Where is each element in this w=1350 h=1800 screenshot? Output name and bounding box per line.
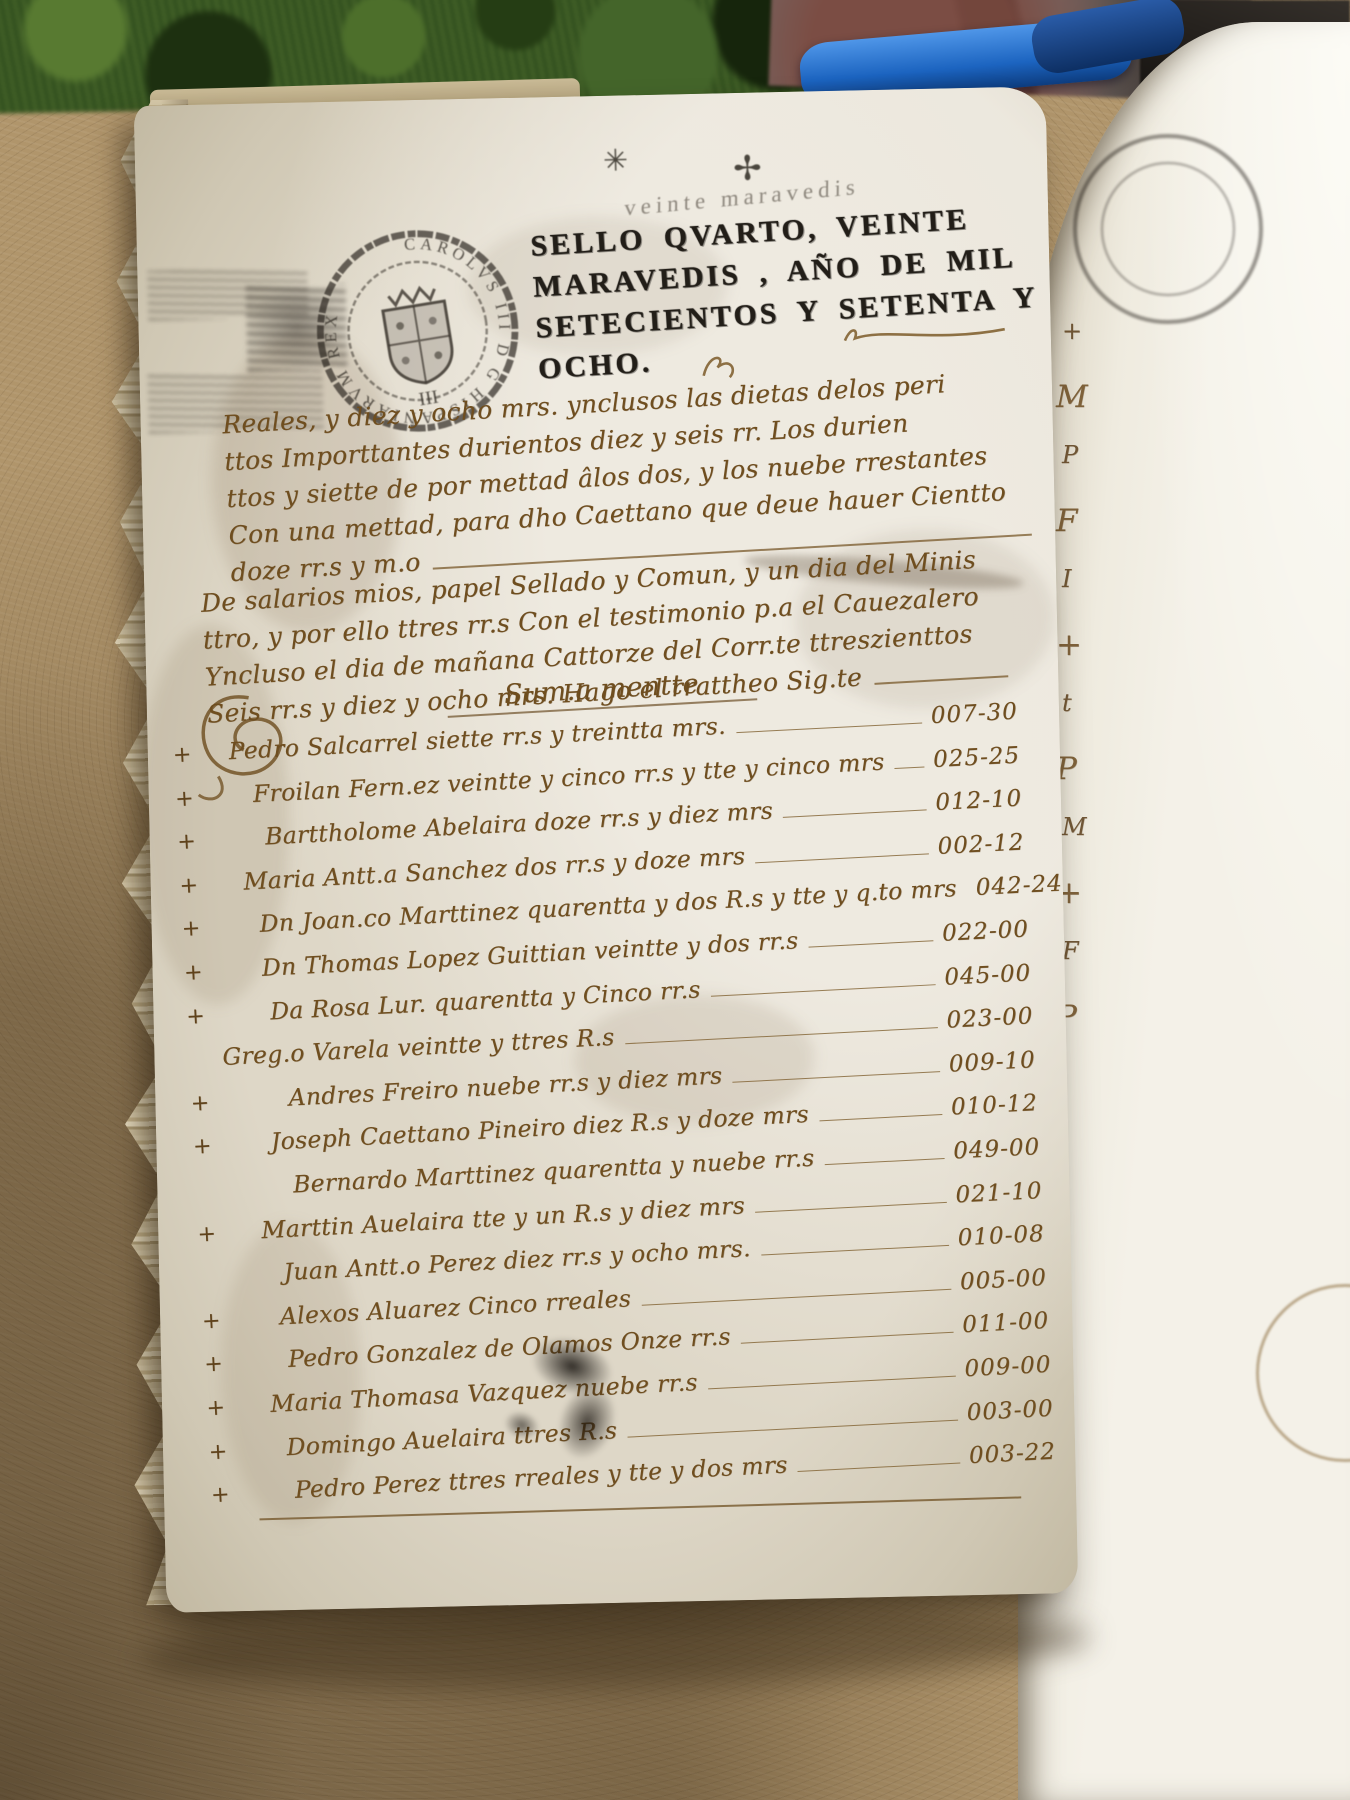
ledger-rule-line xyxy=(825,1158,945,1165)
ink-rule-line xyxy=(874,675,1008,685)
facing-page-fragment: M xyxy=(1056,379,1088,441)
ink-flourish-icon xyxy=(839,319,1008,349)
ledger-rule-line xyxy=(641,1289,951,1306)
cross-mark-icon: + xyxy=(183,959,210,985)
printed-tax-stamp-heading: SELLO QVARTO, VEINTE MARAVEDIS , AÑO DE … xyxy=(529,194,1050,389)
entry-amount: 011-00 xyxy=(961,1308,1050,1338)
ledger-rule-line xyxy=(761,1245,949,1256)
cross-mark-icon: + xyxy=(190,1090,217,1116)
entry-amount: 010-12 xyxy=(949,1090,1038,1120)
facing-page-fragment: + xyxy=(1056,317,1088,379)
cross-mark-icon xyxy=(196,1196,222,1197)
ledger-rule-line xyxy=(711,984,936,997)
ledger-rule-line xyxy=(733,1071,941,1083)
book-shadow xyxy=(139,1597,1091,1699)
ledger-rule-line xyxy=(627,1419,958,1437)
ledger-rule-line xyxy=(625,1027,938,1044)
cross-mark-icon: + xyxy=(204,1351,231,1377)
cross-mark-icon: + xyxy=(174,785,201,811)
entry-amount: 012-10 xyxy=(934,786,1023,816)
ledger-rule-line xyxy=(798,1463,960,1472)
cross-mark-icon: + xyxy=(177,829,204,855)
entry-amount: 009-10 xyxy=(947,1047,1036,1077)
cross-mark-icon xyxy=(189,1066,215,1067)
facing-page-fragment: I xyxy=(1056,565,1088,627)
cross-mark-icon: + xyxy=(206,1395,233,1421)
entry-amount: 002-12 xyxy=(936,829,1025,859)
cross-mark-icon: + xyxy=(197,1221,224,1247)
entry-amount: 025-25 xyxy=(931,742,1020,772)
ledger-rule-line xyxy=(819,1114,942,1121)
ledger-rule-line xyxy=(756,853,929,863)
entry-amount: 021-10 xyxy=(954,1178,1043,1208)
entry-amount: 007-30 xyxy=(929,699,1018,729)
cross-mark-icon: + xyxy=(210,1482,237,1508)
cross-mark-icon: + xyxy=(201,1308,228,1334)
entry-amount: 045-00 xyxy=(943,960,1032,990)
ink-mark-cross-icon: ✢ xyxy=(733,148,762,189)
ledger-rule-line xyxy=(755,1201,947,1212)
partial-seal-stamp-icon xyxy=(1073,134,1263,324)
cross-mark-icon: + xyxy=(172,742,199,768)
cross-mark-icon: + xyxy=(179,872,206,898)
faint-stamp-smudge xyxy=(246,284,348,372)
ledger-rule-line xyxy=(809,940,934,947)
entry-amount: 005-00 xyxy=(958,1265,1047,1295)
facing-page-fragment: F xyxy=(1056,503,1088,565)
entry-amount: 009-00 xyxy=(963,1352,1052,1382)
cross-mark-icon: + xyxy=(186,1003,213,1029)
cross-mark-icon: + xyxy=(181,916,208,942)
ledger-rule-line xyxy=(741,1332,954,1344)
facing-page-fragment: P xyxy=(1056,441,1088,503)
ledger-rule-line xyxy=(736,723,922,734)
entry-amount: 042-24 xyxy=(974,871,1063,901)
facing-page-fragment: + xyxy=(1056,627,1088,689)
entry-amount: 003-00 xyxy=(965,1395,1054,1425)
cross-mark-icon: + xyxy=(192,1134,219,1160)
manuscript-photo: +MPFI+tPM+FP veinte maravedis ✳ ✢ CAROLV… xyxy=(0,0,1350,1800)
entry-amount: 023-00 xyxy=(945,1003,1034,1033)
ink-mark-star-icon: ✳ xyxy=(603,143,629,179)
cross-mark-icon xyxy=(200,1283,226,1284)
entry-amount: 003-22 xyxy=(967,1439,1056,1469)
entry-amount: 049-00 xyxy=(952,1134,1041,1164)
cross-mark-icon: + xyxy=(208,1438,235,1464)
entry-amount: 010-08 xyxy=(956,1221,1045,1251)
ledger-rule-line xyxy=(783,810,926,818)
entry-amount: 022-00 xyxy=(940,916,1029,946)
ledger-rule-line xyxy=(895,766,925,769)
facing-page-fragment: t xyxy=(1056,689,1088,751)
ledger-rule-line xyxy=(708,1376,956,1390)
manuscript-page: veinte maravedis ✳ ✢ CAROLVS III D G HIS… xyxy=(134,86,1079,1613)
